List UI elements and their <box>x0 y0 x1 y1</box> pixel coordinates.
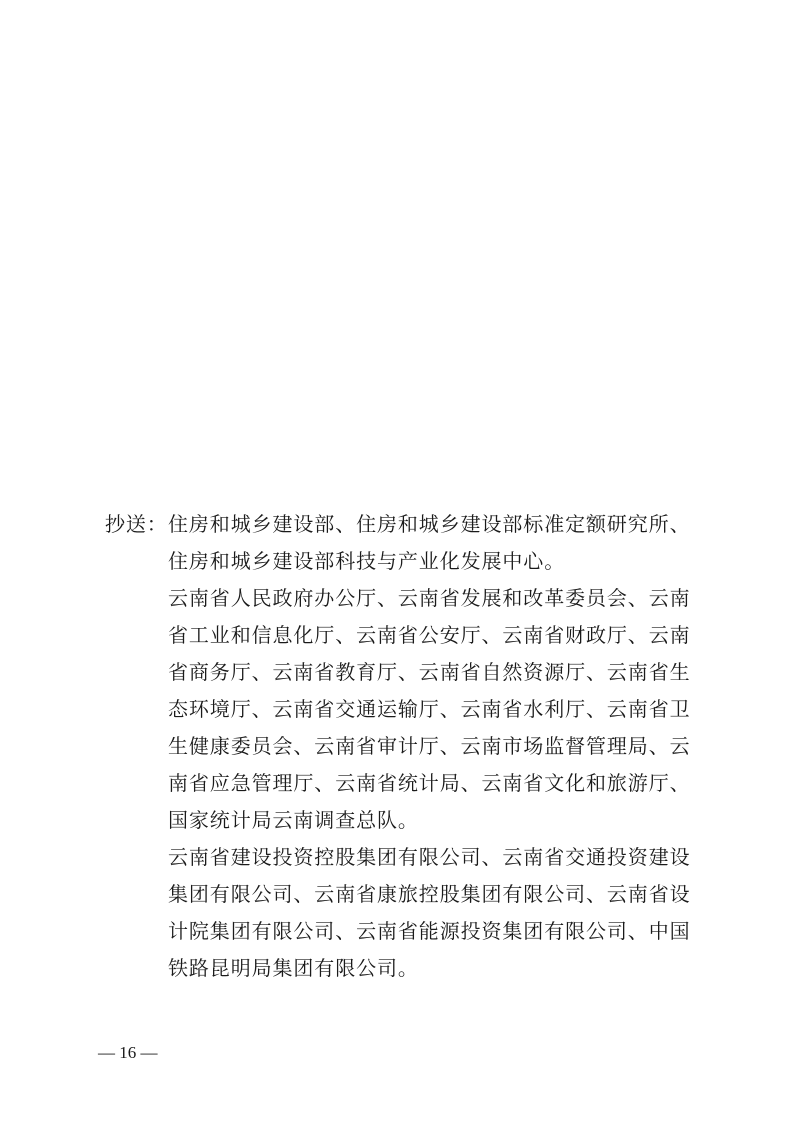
cc-line: 态环境厅、云南省交通运输厅、云南省水利厅、云南省卫 <box>168 691 698 728</box>
cc-group-ministry: 住房和城乡建设部、住房和城乡建设部标准定额研究所、 住房和城乡建设部科技与产业化… <box>168 506 698 580</box>
cc-line: 铁路昆明局集团有限公司。 <box>168 950 698 987</box>
cc-group-provincial-departments: 云南省人民政府办公厅、云南省发展和改革委员会、云南 省工业和信息化厅、云南省公安… <box>168 580 698 839</box>
cc-line: 云南省人民政府办公厅、云南省发展和改革委员会、云南 <box>168 580 698 617</box>
cc-recipient-list: 住房和城乡建设部、住房和城乡建设部标准定额研究所、 住房和城乡建设部科技与产业化… <box>168 506 698 987</box>
cc-line: 计院集团有限公司、云南省能源投资集团有限公司、中国 <box>168 913 698 950</box>
cc-line: 生健康委员会、云南省审计厅、云南市场监督管理局、云 <box>168 728 698 765</box>
cc-line: 省商务厅、云南省教育厅、云南省自然资源厅、云南省生 <box>168 654 698 691</box>
page-number: — 16 — <box>98 1043 158 1063</box>
cc-line: 云南省建设投资控股集团有限公司、云南省交通投资建设 <box>168 839 698 876</box>
cc-label: 抄送： <box>105 506 168 543</box>
cc-line: 住房和城乡建设部、住房和城乡建设部标准定额研究所、 <box>168 506 698 543</box>
cc-line: 省工业和信息化厅、云南省公安厅、云南省财政厅、云南 <box>168 617 698 654</box>
cc-line: 国家统计局云南调查总队。 <box>168 802 698 839</box>
cc-group-enterprises: 云南省建设投资控股集团有限公司、云南省交通投资建设 集团有限公司、云南省康旅控股… <box>168 839 698 987</box>
cc-line: 住房和城乡建设部科技与产业化发展中心。 <box>168 543 698 580</box>
cc-line: 集团有限公司、云南省康旅控股集团有限公司、云南省设 <box>168 876 698 913</box>
cc-line: 南省应急管理厅、云南省统计局、云南省文化和旅游厅、 <box>168 765 698 802</box>
